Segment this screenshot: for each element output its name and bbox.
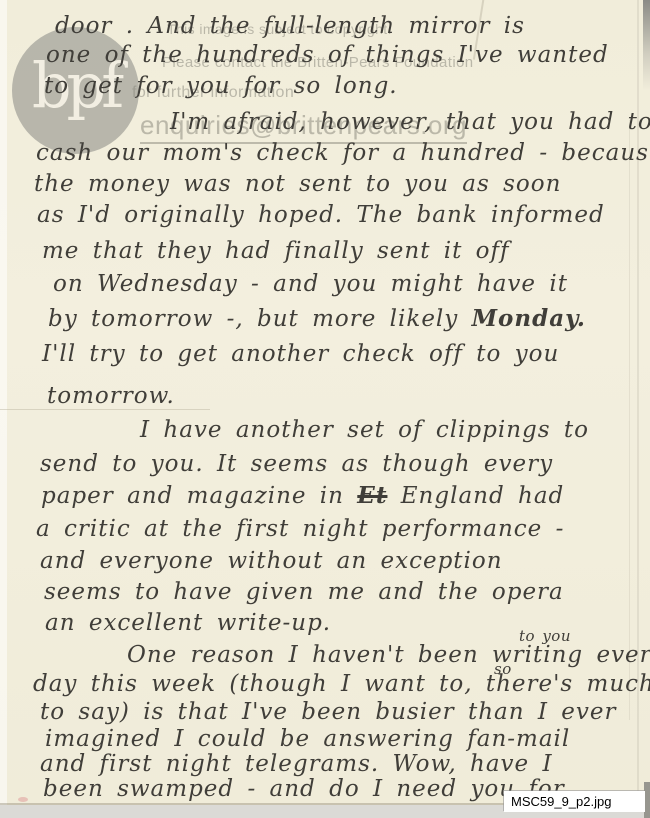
letter-line: a critic at the first night performance … [36,517,564,542]
letter-line: to say) is that I've been busier than I … [40,700,617,725]
paper-mark [18,797,28,802]
letter-line-text: paper and magazine in [41,483,357,509]
filename-text: MSC59_9_p2.jpg [504,794,611,809]
paper-left-edge [0,0,7,805]
letter-line: tomorrow. [47,384,175,409]
letter-line: One reason I haven't been writing every [127,643,650,668]
letter-line: the money was not sent to you as soon [34,172,561,197]
letter-line: one of the hundreds of things I've wante… [46,43,609,68]
inserted-word-above-line: to you [519,628,571,645]
letter-line: I'll try to get another check off to you [42,342,559,367]
letter-line: seems to have given me and the opera [44,580,564,605]
letter-line: an excellent write-up. [45,611,331,636]
letter-line: send to you. It seems as though every [40,452,553,477]
letter-line: imagined I could be answering fan-mail [45,727,570,752]
letter-line: and first night telegrams. Wow, have I [40,752,553,777]
letter-line: on Wednesday - and you might have it [53,272,568,297]
letter-line-text: England had [387,483,564,509]
letter-line: cash our mom's check for a hundred - bec… [36,141,650,166]
letter-line: door . And the full-length mirror is [55,14,525,39]
letter-line: been swamped - and do I need you for [43,777,565,802]
letter-scan-page: bpf This image is subject to copyright. … [0,0,650,818]
overwritten-word: Monday. [472,305,586,332]
filename-label: MSC59_9_p2.jpg [504,791,645,812]
struck-out-word: Et [357,482,387,509]
letter-line: day this week (though I want to, there's… [33,672,650,697]
letter-line: paper and magazine in Et England had [41,483,564,509]
letter-line-text: by tomorrow -, but more likely [48,306,472,332]
inserted-word-above-line: so [494,661,512,678]
letter-line: and everyone without an exception [40,549,503,574]
letter-line: I'm afraid, however, that you had to [170,110,650,135]
paper-right-edge-shadow [643,0,650,90]
letter-line: I have another set of clippings to [140,418,589,443]
letter-line: to get for you for so long. [44,74,398,99]
letter-line: by tomorrow -, but more likely Monday. [48,306,586,332]
letter-line: as I'd originally hoped. The bank inform… [37,203,605,228]
letter-line: me that they had finally sent it off [42,239,510,264]
